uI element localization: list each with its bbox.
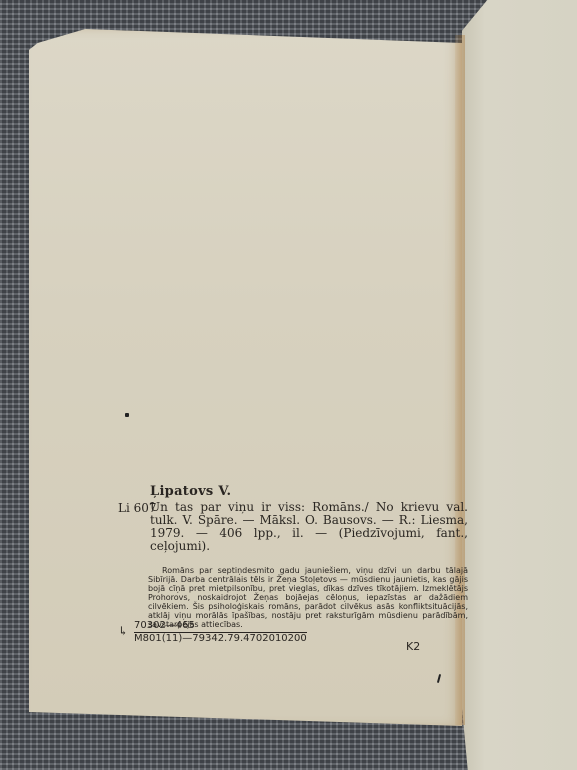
price-denominator: M801(11)—79	[134, 633, 205, 644]
section-mark: K2	[406, 640, 420, 653]
page-speck	[125, 413, 129, 417]
price-numerator: 70302—465	[134, 620, 195, 631]
annotation: Romāns par septiņdesmito gadu jauniešiem…	[148, 566, 468, 629]
author-name: Ļipatovs V.	[150, 484, 231, 499]
arrow-mark: ↳	[118, 624, 128, 638]
annotation-text: Romāns par septiņdesmito gadu jauniešiem…	[148, 566, 468, 629]
bibliographic-entry: Un tas par viņu ir viss: Romāns./ No kri…	[150, 501, 468, 553]
classification-number: 342.79.4702010200	[205, 633, 307, 644]
right-page	[462, 0, 577, 770]
price-line: M801(11)—79342.79.4702010200	[134, 632, 307, 644]
